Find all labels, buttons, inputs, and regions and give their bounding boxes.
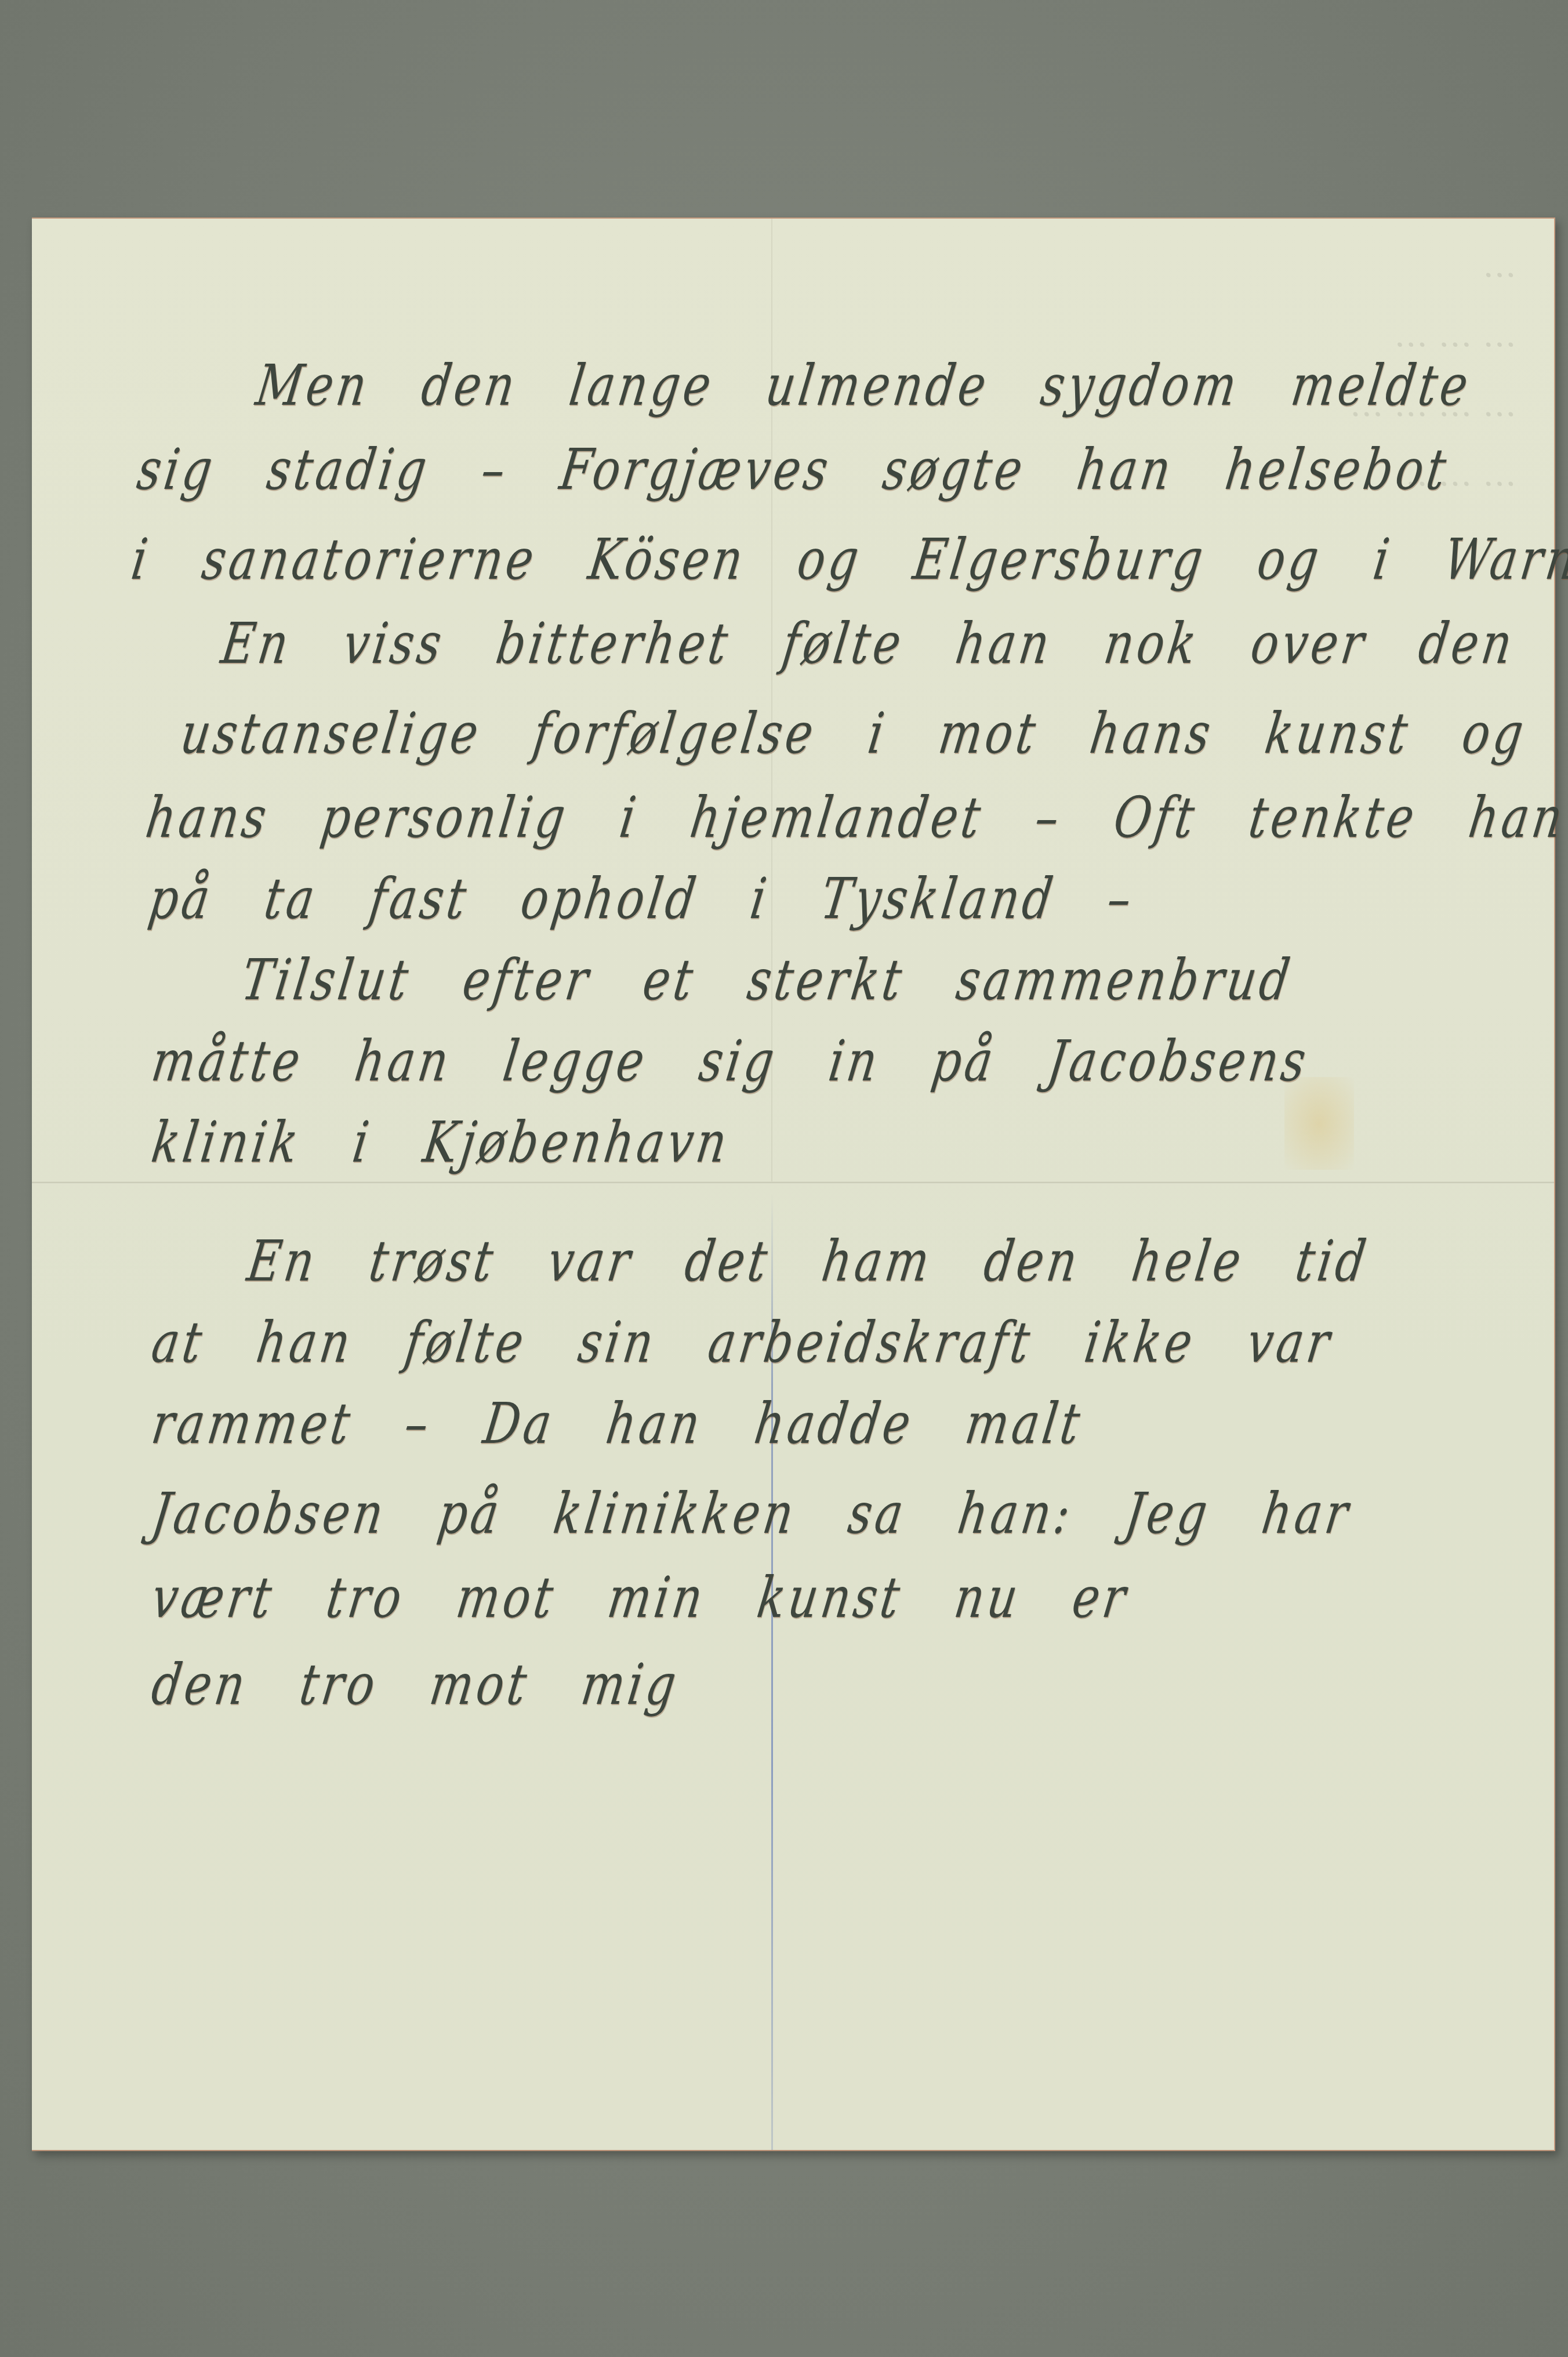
handwritten-line-4: En viss bitterhet følte han nok over den xyxy=(217,612,1519,677)
handwritten-line-15: vært tro mot min kunst nu er xyxy=(148,1566,1133,1631)
handwritten-line-5: ustanselige forfølgelse i mot hans kunst… xyxy=(177,702,1530,767)
handwritten-line-13: rammet – Da han hadde malt xyxy=(148,1392,1087,1457)
handwritten-line-2: sig stadig – Forgjæves søgte han helsebo… xyxy=(133,438,1453,503)
handwritten-line-6: hans personlig i hjemlandet – Oft tenkte… xyxy=(142,786,1568,851)
handwritten-text: Men den lange ulmende sygdom meldte sig … xyxy=(32,219,1554,2150)
handwritten-line-8: Tilslut efter et sterkt sammenbrud xyxy=(238,948,1297,1014)
handwritten-line-9: måtte han legge sig in på Jacobsens xyxy=(148,1029,1313,1095)
handwritten-line-3: i sanatorierne Kösen og Elgersburg og i … xyxy=(128,528,1568,593)
handwritten-line-10: klinik i Kjøbenhavn xyxy=(148,1111,734,1176)
handwritten-line-12: at han følte sin arbeidskraft ikke var xyxy=(148,1311,1337,1376)
handwritten-line-11: En trøst var det ham den hele tid xyxy=(244,1230,1373,1295)
letter-page: … … … … … … … … … … … Men den lange ulme… xyxy=(32,217,1555,2151)
handwritten-line-14: Jacobsen på klinikken sa han: Jeg har xyxy=(148,1482,1355,1547)
handwritten-line-1: Men den lange ulmende sygdom meldte xyxy=(252,354,1475,419)
handwritten-line-7: på ta fast ophold i Tyskland – xyxy=(145,867,1139,933)
handwritten-line-16: den tro mot mig xyxy=(148,1653,683,1718)
